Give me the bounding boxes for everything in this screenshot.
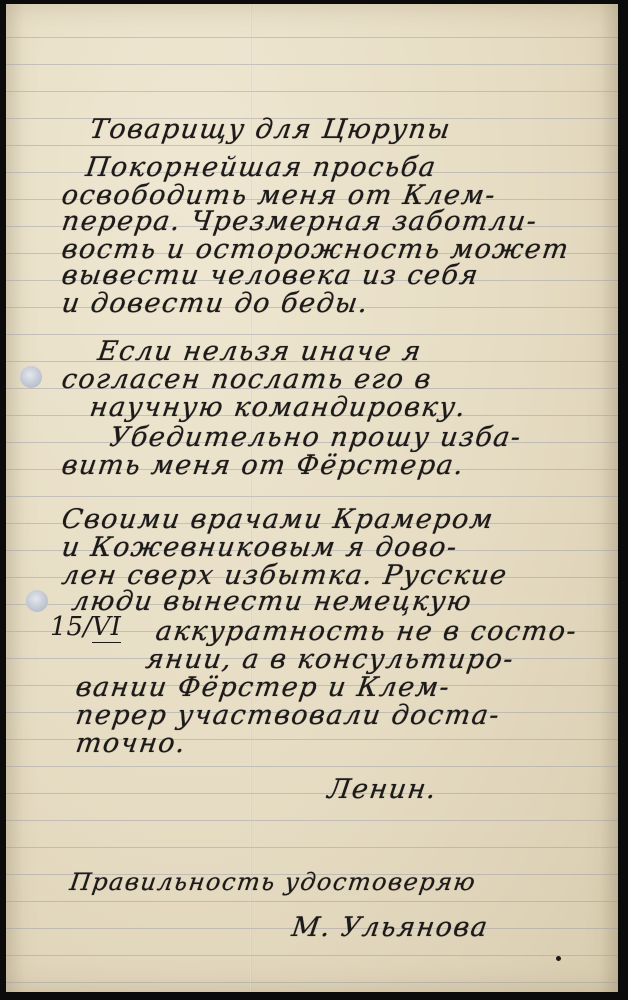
text-line: Покорнейшая просьба: [84, 152, 439, 183]
text-line: согласен послать его в: [60, 364, 434, 395]
text-line: аккуратность не в состо-: [154, 616, 580, 647]
text-line: перер участвовали доста-: [74, 700, 502, 731]
text-line: Убедительно прошу изба-: [108, 422, 524, 453]
date: 15/VI: [50, 612, 121, 643]
text-line: вывести человека из себя: [60, 260, 481, 291]
text-line: и довести до беды.: [60, 288, 371, 319]
certification-text: Правильность удостоверяю: [68, 868, 478, 896]
text-line: и Кожевниковым я дово-: [60, 532, 460, 563]
text-line: янии, а в консультиро-: [144, 644, 516, 675]
text-line: Если нельзя иначе я: [96, 336, 424, 367]
text-line: люди вынести немецкую: [70, 586, 475, 617]
text-line: вить меня от Фёрстера.: [60, 450, 467, 481]
punch-hole-icon: [20, 366, 42, 388]
punch-hole-icon: [26, 590, 48, 612]
text-line: перера. Чрезмерная заботли-: [60, 206, 540, 237]
text-line: научную командировку.: [88, 392, 469, 423]
date-day: 15: [50, 612, 83, 642]
letter-heading: Товарищу для Цюрупы: [88, 114, 453, 145]
signature-lenin: Ленин.: [326, 774, 439, 805]
text-line: вании Фёрстер и Клем-: [74, 672, 453, 703]
letter-page: Товарищу для Цюрупы Покорнейшая просьба …: [6, 4, 618, 992]
text-line: точно.: [74, 728, 189, 759]
date-month: VI: [92, 612, 121, 643]
certification-signature: М. Ульянова: [290, 912, 491, 943]
ink-dot: [556, 956, 561, 961]
text-line: Своими врачами Крамером: [60, 504, 496, 535]
